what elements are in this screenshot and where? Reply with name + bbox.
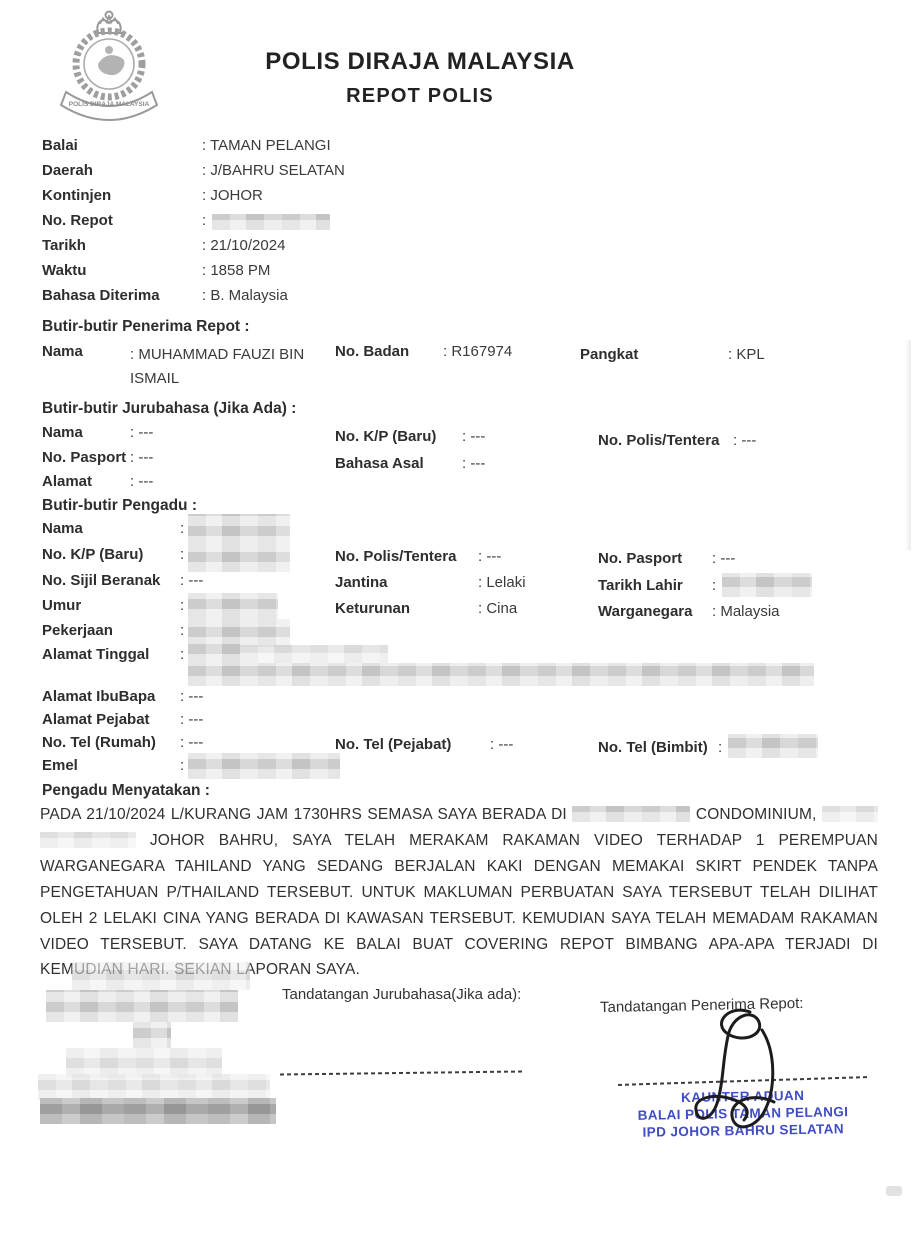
daerah-label: Daerah: [42, 162, 202, 187]
no-repot-label: No. Repot: [42, 212, 202, 237]
alamat-tinggal-redaction-2: [240, 645, 388, 663]
field-row-waktu: Waktu : 1858 PM: [42, 262, 345, 287]
tarikh-value: : 21/10/2024: [202, 237, 285, 262]
statement-line-6: VIDEO TERSEBUT. SAYA DATANG KE BALAI BUA…: [40, 936, 878, 954]
keturunan-value: : Cina: [478, 600, 517, 617]
complainant-signature-redaction: [38, 956, 288, 1126]
tel-rumah-value: : ---: [180, 734, 203, 751]
warganegara-value: : Malaysia: [712, 603, 780, 620]
jurubahasa-section-heading: Butir-butir Jurubahasa (Jika Ada) :: [42, 400, 296, 418]
pangkat-label: Pangkat: [580, 346, 638, 363]
sijil-beranak-value: : ---: [180, 572, 203, 589]
waktu-label: Waktu: [42, 262, 202, 287]
jurubahasa-alamat-value: : ---: [130, 473, 153, 490]
statement-line-1b: CONDOMINIUM,: [696, 806, 817, 823]
penerima-handwritten-signature: [678, 1002, 798, 1140]
agency-title: POLIS DIRAJA MALAYSIA: [200, 48, 640, 76]
tarikh-lahir-colon: :: [712, 577, 716, 594]
alamat-tinggal-redaction-1: [188, 644, 240, 664]
no-repot-colon: :: [202, 212, 206, 237]
police-report-document: POLIS DIRAJA MALAYSIA POLIS DIRAJA MALAY…: [0, 0, 917, 1234]
statement-line-5: OLEH 2 LELAKI CINA YANG BERADA DI KAWASA…: [40, 910, 878, 928]
jantina-value: : Lelaki: [478, 574, 526, 591]
tel-bimbit-label: No. Tel (Bimbit): [598, 739, 708, 756]
waktu-value: : 1858 PM: [202, 262, 270, 287]
jurubahasa-nama-value: : ---: [130, 424, 153, 441]
pangkat-value: : KPL: [728, 346, 765, 363]
alamat-pejabat-label: Alamat Pejabat: [42, 711, 150, 728]
pekerjaan-colon: :: [180, 622, 184, 639]
pengadu-kp-label: No. K/P (Baru): [42, 546, 143, 563]
kontinjen-label: Kontinjen: [42, 187, 202, 212]
statement-line-3: WARGANEGARA TAHILAND YANG SEDANG BERJALA…: [40, 858, 878, 876]
scan-corner-artifact: [886, 1186, 902, 1196]
redaction-block: [46, 990, 238, 1022]
redaction-block: [72, 962, 250, 990]
pengadu-pasport-label: No. Pasport: [598, 550, 682, 567]
jantina-label: Jantina: [335, 574, 388, 591]
tel-bimbit-redaction: [728, 734, 818, 758]
no-badan-value: : R167974: [443, 343, 512, 360]
pengadu-section-heading: Butir-butir Pengadu :: [42, 497, 197, 515]
field-row-kontinjen: Kontinjen : JOHOR: [42, 187, 345, 212]
umur-redaction: [188, 593, 278, 619]
pengadu-nama-redaction: [188, 514, 290, 546]
alamat-ibubapa-value: : ---: [180, 688, 203, 705]
alamat-tinggal-label: Alamat Tinggal: [42, 646, 149, 663]
bahasa-diterima-value: : B. Malaysia: [202, 287, 288, 312]
pengadu-polis-label: No. Polis/Tentera: [335, 548, 456, 565]
statement-line-2-text: JOHOR BAHRU, SAYA TELAH MERAKAM RAKAMAN …: [150, 832, 878, 849]
crest-ribbon-text: POLIS DIRAJA MALAYSIA: [69, 101, 150, 108]
alamat-pejabat-value: : ---: [180, 711, 203, 728]
umur-label: Umur: [42, 597, 81, 614]
redaction-block: [38, 1074, 270, 1100]
royal-malaysia-police-crest-icon: POLIS DIRAJA MALAYSIA: [48, 6, 170, 124]
bahasa-asal-value: : ---: [462, 455, 485, 472]
warganegara-label: Warganegara: [598, 603, 692, 620]
scan-edge-shadow: [905, 340, 911, 550]
redaction-block: [40, 1098, 276, 1124]
keturunan-label: Keturunan: [335, 600, 410, 617]
no-repot-redaction: [212, 214, 330, 230]
jurubahasa-pasport-value: : ---: [130, 449, 153, 466]
statement-line-1a: PADA 21/10/2024 L/KURANG JAM 1730HRS SEM…: [40, 806, 567, 823]
jurubahasa-pasport-label: No. Pasport: [42, 449, 126, 466]
pengadu-polis-value: : ---: [478, 548, 501, 565]
pekerjaan-label: Pekerjaan: [42, 622, 113, 639]
statement-redaction-3: [40, 832, 136, 848]
emel-redaction: [188, 753, 340, 779]
balai-label: Balai: [42, 137, 202, 162]
jurubahasa-kp-label: No. K/P (Baru): [335, 428, 436, 445]
no-badan-label: No. Badan: [335, 343, 409, 360]
field-row-tarikh: Tarikh : 21/10/2024: [42, 237, 345, 262]
redaction-block: [133, 1022, 171, 1048]
tarikh-lahir-redaction: [722, 573, 812, 597]
alamat-tinggal-colon: :: [180, 646, 184, 663]
tel-pejabat-value: : ---: [490, 736, 513, 753]
jurubahasa-polis-label: No. Polis/Tentera: [598, 432, 719, 449]
penerima-section-heading: Butir-butir Penerima Repot :: [42, 318, 250, 336]
jurubahasa-alamat-label: Alamat: [42, 473, 92, 490]
pekerjaan-redaction: [188, 619, 290, 647]
pengadu-kp-colon: :: [180, 546, 184, 563]
jurubahasa-signature-line: [280, 1071, 522, 1076]
tarikh-lahir-label: Tarikh Lahir: [598, 577, 683, 594]
pengadu-kp-redaction: [188, 546, 290, 572]
bahasa-asal-label: Bahasa Asal: [335, 455, 424, 472]
jurubahasa-signature-label: Tandatangan Jurubahasa(Jika ada):: [282, 986, 521, 1003]
penerima-nama-label: Nama: [42, 343, 83, 360]
station-fields: Balai : TAMAN PELANGI Daerah : J/BAHRU S…: [42, 137, 345, 312]
alamat-tinggal-redaction-3: [188, 663, 814, 686]
daerah-value: : J/BAHRU SELATAN: [202, 162, 345, 187]
jurubahasa-kp-value: : ---: [462, 428, 485, 445]
jurubahasa-polis-value: : ---: [733, 432, 756, 449]
document-title: REPOT POLIS: [200, 85, 640, 108]
field-row-bahasa-diterima: Bahasa Diterima : B. Malaysia: [42, 287, 345, 312]
statement-line-4: PENGETAHUAN P/THAILAND TERSEBUT. UNTUK M…: [40, 884, 878, 902]
tel-rumah-label: No. Tel (Rumah): [42, 734, 156, 751]
statement-redaction-2: [822, 806, 878, 822]
umur-colon: :: [180, 597, 184, 614]
sijil-beranak-label: No. Sijil Beranak: [42, 572, 160, 589]
field-row-balai: Balai : TAMAN PELANGI: [42, 137, 345, 162]
alamat-ibubapa-label: Alamat IbuBapa: [42, 688, 155, 705]
field-row-no-repot: No. Repot :: [42, 212, 345, 237]
emel-colon: :: [180, 757, 184, 774]
statement-heading: Pengadu Menyatakan :: [42, 782, 210, 800]
tel-pejabat-label: No. Tel (Pejabat): [335, 736, 451, 753]
pengadu-pasport-value: : ---: [712, 550, 735, 567]
pengadu-nama-colon: :: [180, 520, 184, 537]
statement-line-2: JOHOR BAHRU, SAYA TELAH MERAKAM RAKAMAN …: [40, 832, 878, 850]
statement-redaction-1: [572, 806, 690, 822]
pengadu-nama-label: Nama: [42, 520, 83, 537]
jurubahasa-nama-label: Nama: [42, 424, 83, 441]
statement-line-1: PADA 21/10/2024 L/KURANG JAM 1730HRS SEM…: [40, 806, 878, 824]
balai-value: : TAMAN PELANGI: [202, 137, 331, 162]
field-row-daerah: Daerah : J/BAHRU SELATAN: [42, 162, 345, 187]
tel-bimbit-colon: :: [718, 739, 722, 756]
penerima-nama-value: : MUHAMMAD FAUZI BIN ISMAIL: [130, 343, 320, 391]
emel-label: Emel: [42, 757, 78, 774]
tarikh-label: Tarikh: [42, 237, 202, 262]
bahasa-diterima-label: Bahasa Diterima: [42, 287, 202, 312]
kontinjen-value: : JOHOR: [202, 187, 263, 212]
